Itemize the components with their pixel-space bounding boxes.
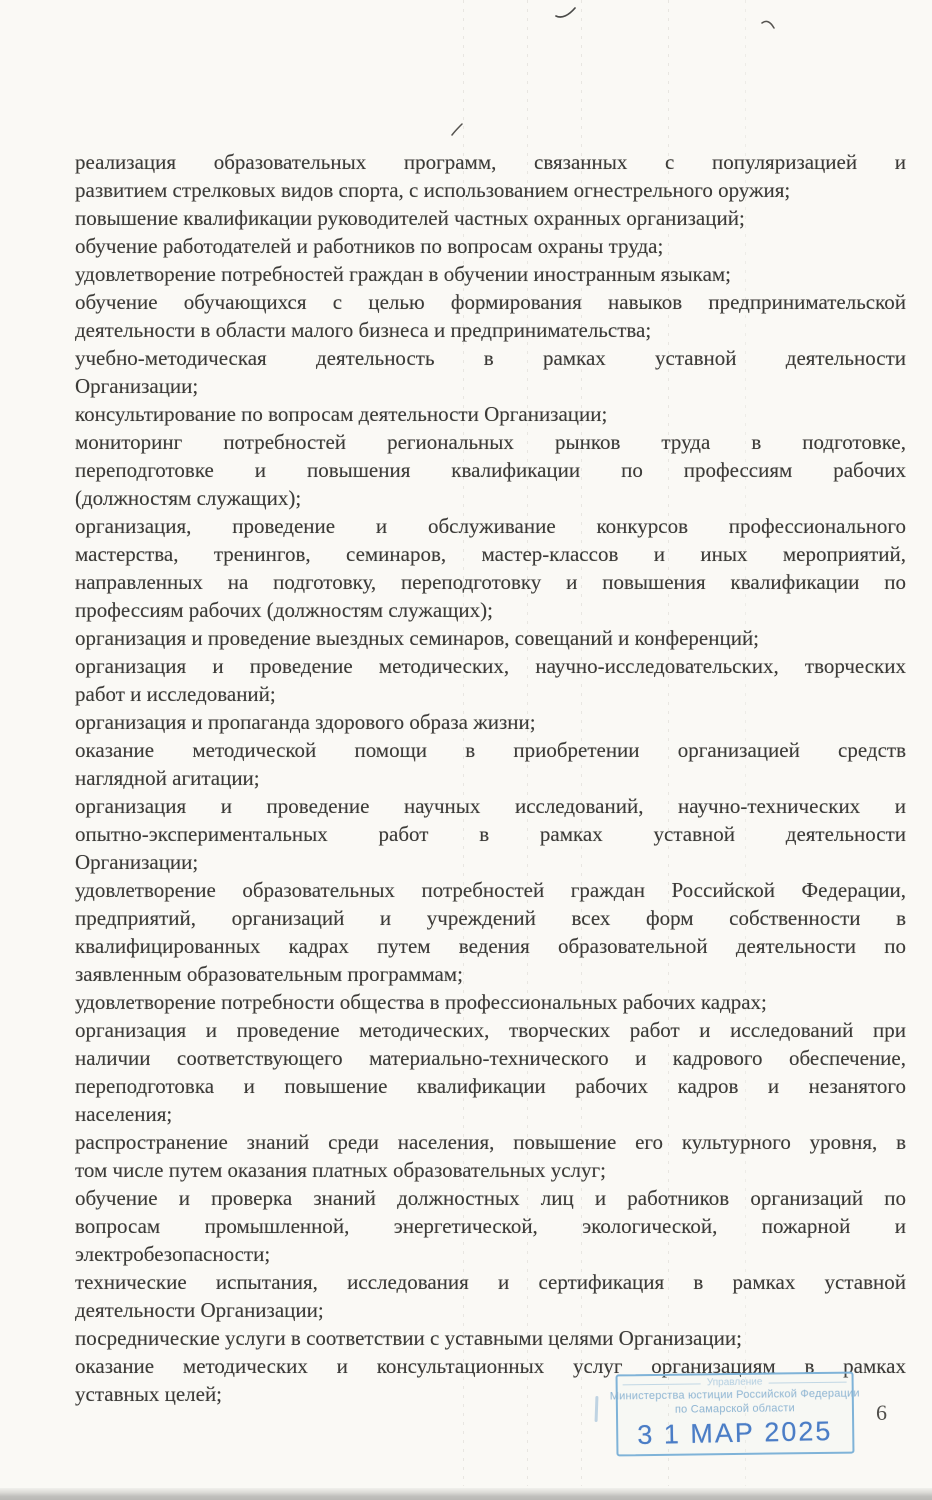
text-line: Организации; [75,848,906,876]
text-line: обучение работодателей и работников по в… [75,232,906,260]
text-line: профессиям рабочих (должностям служащих)… [75,596,906,624]
text-line: организация и проведение методических, т… [75,1016,906,1044]
pen-mark [451,123,464,137]
text-line: опытно-экспериментальных работ в рамках … [75,820,906,848]
text-line: технические испытания, исследования и се… [75,1268,906,1296]
text-line: деятельности Организации; [75,1296,906,1324]
text-line: организация и проведение научных исследо… [75,792,906,820]
text-line: наглядной агитации; [75,764,906,792]
text-line: удовлетворение потребности общества в пр… [75,988,906,1016]
text-line: организация, проведение и обслуживание к… [75,512,906,540]
text-line: удовлетворение образовательных потребнос… [75,876,906,904]
text-line: реализация образовательных программ, свя… [75,148,906,176]
stamp-rule-right [768,1381,847,1383]
text-line: развитием стрелковых видов спорта, с исп… [75,176,906,204]
document-body: реализация образовательных программ, свя… [75,148,906,1408]
text-line: работ и исследований; [75,680,906,708]
text-line: квалифицированных кадрах путем ведения о… [75,932,906,960]
text-line: оказание методической помощи в приобрете… [75,736,906,764]
text-line: организация и проведение методических, н… [75,652,906,680]
stamp-rule-left [622,1383,701,1385]
text-line: электробезопасности; [75,1240,906,1268]
scan-edge-bottom [0,1488,932,1500]
text-line: мониторинг потребностей региональных рын… [75,428,906,456]
text-line: (должностям служащих); [75,484,906,512]
text-line: обучение обучающихся с целью формировани… [75,288,906,316]
text-line: распространение знаний среди населения, … [75,1128,906,1156]
text-line: переподготовке и повышения квалификации … [75,456,906,484]
scanned-page: реализация образовательных программ, свя… [0,0,932,1500]
text-line: консультирование по вопросам деятельност… [75,400,906,428]
text-line: обучение и проверка знаний должностных л… [75,1184,906,1212]
stamp-date: 3 1 МАР 2025 [637,1416,833,1450]
text-line: вопросам промышленной, энергетической, э… [75,1212,906,1240]
text-line: предприятий, организаций и учреждений вс… [75,904,906,932]
text-line: деятельности в области малого бизнеса и … [75,316,906,344]
page-number: 6 [876,1400,887,1426]
text-line: мастерства, тренингов, семинаров, мастер… [75,540,906,568]
text-line: наличии соответствующего материально-тех… [75,1044,906,1072]
registration-stamp: Управление Министерства юстиции Российск… [616,1372,855,1457]
text-line: повышение квалификации руководителей час… [75,204,906,232]
text-line: посреднические услуги в соответствии с у… [75,1324,906,1352]
text-line: направленных на подготовку, переподготов… [75,568,906,596]
text-line: том числе путем оказания платных образов… [75,1156,906,1184]
pen-mark [555,6,577,20]
stamp-region: по Самарской области [675,1402,795,1417]
stamp-ink-smudge [595,1396,599,1422]
text-line: учебно-методическая деятельность в рамка… [75,344,906,372]
text-line: населения; [75,1100,906,1128]
text-line: переподготовка и повышение квалификации … [75,1072,906,1100]
text-line: организация и пропаганда здорового образ… [75,708,906,736]
text-line: организация и проведение выездных семина… [75,624,906,652]
stamp-header: Управление [707,1377,763,1390]
pen-mark [761,19,776,30]
text-line: Организации; [75,372,906,400]
text-line: удовлетворение потребностей граждан в об… [75,260,906,288]
text-line: заявленным образовательным программам; [75,960,906,988]
